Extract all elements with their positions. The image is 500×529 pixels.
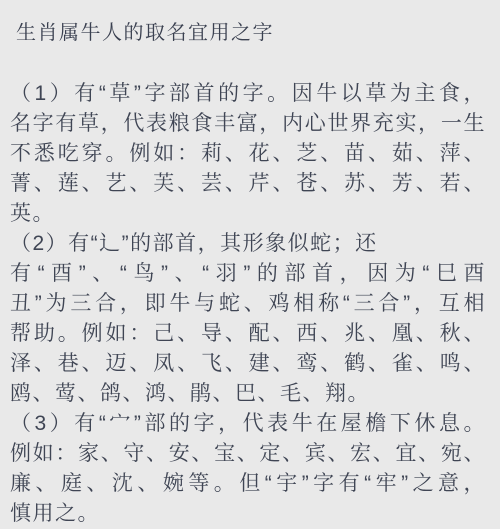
section-roof-radical: （3）有“宀”部的字，代表牛在屋檐下休息。 例如：家、守、安、宝、定、宾、宏、宜…: [10, 409, 486, 529]
section-grass-radical: （1）有“草”字部首的字。因牛以草为主食， 名字有草，代表粮食丰富，内心世界充实…: [10, 79, 486, 229]
section-snake-bird-radical: （2）有“辶”的部首，其形象似蛇；还 有“酉”、“鸟”、“羽”的部首，因为“巳酉…: [10, 229, 486, 409]
text-line: 不悉吃穿。例如：莉、花、芝、苗、茹、萍、: [10, 139, 486, 169]
article-page: 生肖属牛人的取名宜用之字 （1）有“草”字部首的字。因牛以草为主食， 名字有草，…: [0, 0, 500, 529]
text-line: 慎用之。: [10, 499, 486, 529]
text-line: 廉、庭、沈、婉等。但“宇”字有“牢”之意，: [10, 469, 486, 499]
text-line: 鸥、莺、鸽、鸿、鹃、巴、毛、翔。: [10, 379, 486, 409]
text-line: （2）有“辶”的部首，其形象似蛇；还: [10, 229, 486, 259]
text-line: 丑”为三合，即牛与蛇、鸡相称“三合”，互相: [10, 289, 486, 319]
article-body: （1）有“草”字部首的字。因牛以草为主食， 名字有草，代表粮食丰富，内心世界充实…: [10, 79, 486, 529]
text-line: 泽、巷、迈、凤、飞、建、鸾、鹤、雀、鸣、: [10, 349, 486, 379]
text-line: （3）有“宀”部的字，代表牛在屋檐下休息。: [10, 409, 486, 439]
text-line: 名字有草，代表粮食丰富，内心世界充实，一生: [10, 109, 486, 139]
text-line: 英。: [10, 199, 486, 229]
text-line: 帮助。例如：己、导、配、西、兆、凰、秋、: [10, 319, 486, 349]
text-line: 例如：家、守、安、宝、定、宾、宏、宜、宛、: [10, 439, 486, 469]
article-title: 生肖属牛人的取名宜用之字: [10, 19, 486, 47]
text-line: 菁、莲、艺、芙、芸、芹、苍、苏、芳、若、: [10, 169, 486, 199]
text-line: 有“酉”、“鸟”、“羽”的部首，因为“巳酉: [10, 259, 486, 289]
text-line: （1）有“草”字部首的字。因牛以草为主食，: [10, 79, 486, 109]
